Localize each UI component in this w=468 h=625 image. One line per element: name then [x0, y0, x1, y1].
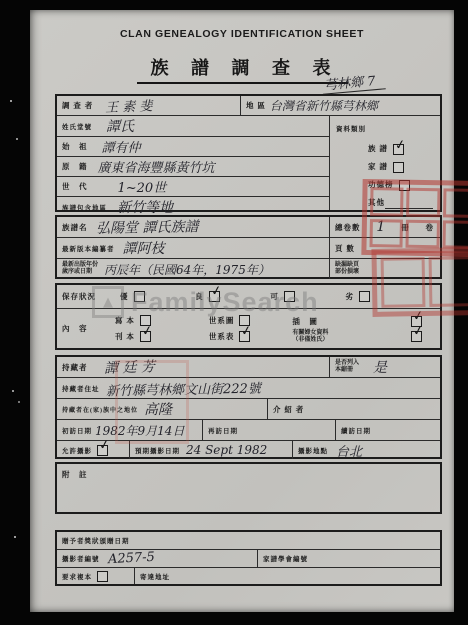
- surname-label: 姓氏堂號: [62, 122, 92, 131]
- photo-permission-label: 允許攝影: [62, 446, 92, 455]
- women-data-label: 有關婦女資料 （非僅姓氏）: [292, 330, 328, 344]
- clan-genealogy-label: 族 譜: [368, 140, 388, 158]
- holder-position-value: 高隆: [144, 399, 172, 419]
- family-genealogy-checkbox: [393, 162, 404, 173]
- donor-award-date-label: 贈予者獎狀頒贈日期: [62, 536, 130, 545]
- filming-place-label: 攝影地點: [298, 446, 328, 455]
- grade-poor-label: 劣: [345, 291, 354, 302]
- included-line1: 是否列入: [335, 360, 359, 367]
- expected-filming-date-label: 預期攝影日期: [135, 446, 180, 455]
- publication-year-label: 最新出版年份: [62, 262, 98, 269]
- expected-filming-date-value: 24 Sept 1982: [186, 443, 267, 457]
- total-volumes-value: 1: [376, 219, 385, 235]
- other-blank-line: [385, 198, 433, 209]
- grade-good: 良: [195, 291, 220, 302]
- preservation-label: 保存狀況: [62, 291, 96, 302]
- contents-label: 內 容: [62, 323, 88, 334]
- area-value: 台灣省新竹縣芎林鄉: [270, 97, 378, 114]
- content-pedigree-column: 世系圖 世系表: [209, 313, 251, 345]
- women-data-line1: 有關婦女資料: [292, 330, 328, 337]
- publication-date-value: 丙辰年（民國64年，1975年）: [104, 261, 270, 278]
- holder-address-label: 持藏者住址: [62, 384, 100, 393]
- grade-excellent-label: 優: [120, 291, 129, 302]
- holder-section: 持藏者 譚 廷 芳 是否列入 本縮冊 是 持藏者住址 新竹縣芎林鄉文山街222號: [55, 355, 442, 459]
- missing-pages-line2: 部份損壞: [335, 269, 359, 276]
- genealogy-title-value: 弘陽堂 譚氏族譜: [95, 216, 198, 238]
- material-type-other: 其他: [368, 194, 440, 212]
- merit-board-label: 功德榜: [368, 176, 394, 194]
- clan-genealogy-checkbox: [393, 144, 404, 155]
- illustrations-label: 插 圖: [292, 314, 318, 330]
- third-visit-label: 續訪日期: [341, 426, 371, 435]
- first-ancestor-value: 譚有仲: [102, 137, 141, 156]
- grade-poor: 劣: [345, 291, 370, 302]
- included-line2: 本縮冊: [335, 367, 359, 374]
- investigator-value: 王 素 斐: [105, 95, 153, 116]
- second-visit-label: 再訪日期: [208, 426, 238, 435]
- photographer-number-label: 攝影者編號: [62, 554, 100, 563]
- content-extra-column: 插 圖 有關婦女資料 （非僅姓氏）: [292, 314, 422, 344]
- society-number-label: 家譜學會編號: [263, 554, 308, 563]
- grade-fair-label: 可: [270, 291, 279, 302]
- copy-request-checkbox: [97, 571, 108, 582]
- form-english-title: CLAN GENEALOGY IDENTIFICATION SHEET: [30, 28, 454, 40]
- material-type-item: 家 譜: [368, 158, 440, 176]
- surname-value: 譚氏: [106, 116, 134, 136]
- material-type-label: 資料類別: [336, 126, 366, 133]
- introducer-label: 介 紹 者: [273, 404, 304, 415]
- form-chinese-title: 族 譜 調 查 表: [30, 54, 454, 84]
- women-data-line2: （非僅姓氏）: [292, 337, 328, 344]
- origin-value: 廣東省海豐縣黃竹坑: [98, 157, 215, 176]
- handwritten-annotation: 芎林鄉 7: [321, 69, 386, 94]
- other-label: 其他: [368, 194, 385, 212]
- pedigree-table-label: 世系表: [209, 329, 235, 345]
- missing-pages-label: 缺漏缺頁 部份損壞: [335, 262, 359, 276]
- investigator-label: 調 查 者: [62, 100, 93, 111]
- missing-pages-line1: 缺漏缺頁: [335, 262, 359, 269]
- women-data-checkbox: [411, 331, 422, 342]
- first-visit-value: 1982年9月14日: [95, 422, 184, 439]
- filming-place-value: 台北: [336, 441, 362, 460]
- compiler-label: 最新版本編纂者: [62, 244, 115, 253]
- generations-value: 1~20世: [118, 177, 167, 196]
- first-visit-label: 初訪日期: [62, 426, 92, 435]
- photo-permission-checkbox: [97, 445, 108, 456]
- publication-cycle-label: 歲序或日期: [62, 269, 98, 276]
- included-in-film-label: 是否列入 本縮冊: [335, 360, 359, 374]
- coverage-value: 新竹等地: [117, 197, 173, 217]
- form-chinese-title-text: 族 譜 調 查 表: [137, 54, 348, 84]
- publication-date-label: 最新出版年份 歲序或日期: [62, 262, 98, 276]
- holder-value: 譚 廷 芳: [103, 356, 155, 378]
- manuscript-label: 寫 本: [115, 313, 135, 329]
- photographer-number-value: A257-5: [107, 550, 155, 567]
- film-dust-specks: [10, 100, 12, 102]
- volumes-unit-roll: 卷: [426, 222, 435, 233]
- mailing-address-label: 寄達地址: [140, 572, 170, 581]
- notes-section: 附 註: [55, 462, 442, 514]
- grade-poor-checkbox: [359, 291, 370, 302]
- printed-label: 刊 本: [115, 329, 135, 345]
- pedigree-chart-label: 世系圖: [209, 313, 235, 329]
- notes-label: 附 註: [62, 469, 88, 480]
- volumes-unit-book: 冊: [401, 222, 410, 233]
- content-manuscript-column: 寫 本 刊 本: [115, 313, 151, 345]
- copy-request-label: 要求複本: [62, 572, 92, 581]
- material-type-item: 功德榜: [368, 176, 440, 194]
- merit-board-checkbox: [399, 180, 410, 191]
- compiler-value: 譚阿枝: [123, 238, 165, 258]
- pedigree-table-checkbox: [239, 331, 250, 342]
- condition-section: 保存狀況 優 良 可 劣 內 容 寫 本 刊 本 世系圖: [55, 283, 442, 350]
- grade-excellent-checkbox: [134, 291, 145, 302]
- area-label: 地 區: [246, 100, 266, 111]
- holder-position-label: 持藏者在(家)族中之地位: [62, 405, 138, 414]
- grade-good-label: 良: [195, 291, 204, 302]
- generations-label: 世 代: [62, 181, 88, 192]
- material-type-item: 族 譜: [368, 140, 440, 158]
- holder-address-value: 新竹縣芎林鄉文山街222號: [105, 377, 260, 399]
- printed-checkbox: [140, 331, 151, 342]
- basic-info-section: 調 查 者 王 素 斐 地 區 台灣省新竹縣芎林鄉 姓氏堂號 譚氏: [55, 94, 442, 212]
- first-ancestor-label: 始 祖: [62, 141, 88, 152]
- grade-good-checkbox: [209, 291, 220, 302]
- pages-label: 頁 數: [335, 243, 355, 254]
- genealogy-title-label: 族譜名: [62, 222, 88, 233]
- family-genealogy-label: 家 譜: [368, 158, 388, 176]
- origin-label: 原 籍: [62, 161, 88, 172]
- grade-excellent: 優: [120, 291, 145, 302]
- included-in-film-value: 是: [373, 357, 387, 377]
- grade-fair-checkbox: [284, 291, 295, 302]
- total-volumes-label: 總卷數: [335, 222, 361, 233]
- form-paper: CLAN GENEALOGY IDENTIFICATION SHEET 族 譜 …: [30, 10, 454, 612]
- admin-section: 贈予者獎狀頒贈日期 攝影者編號 A257-5 家譜學會編號 要求複本 寄達地址: [55, 530, 442, 586]
- holder-label: 持藏者: [62, 362, 88, 373]
- grade-fair: 可: [270, 291, 295, 302]
- volume-info-section: 族譜名 弘陽堂 譚氏族譜 總卷數 1 冊 卷 最新版本編纂者 譚阿枝 頁 數: [55, 215, 442, 279]
- coverage-label: 族譜包含地區: [62, 203, 107, 212]
- microfilm-frame: CLAN GENEALOGY IDENTIFICATION SHEET 族 譜 …: [0, 0, 468, 625]
